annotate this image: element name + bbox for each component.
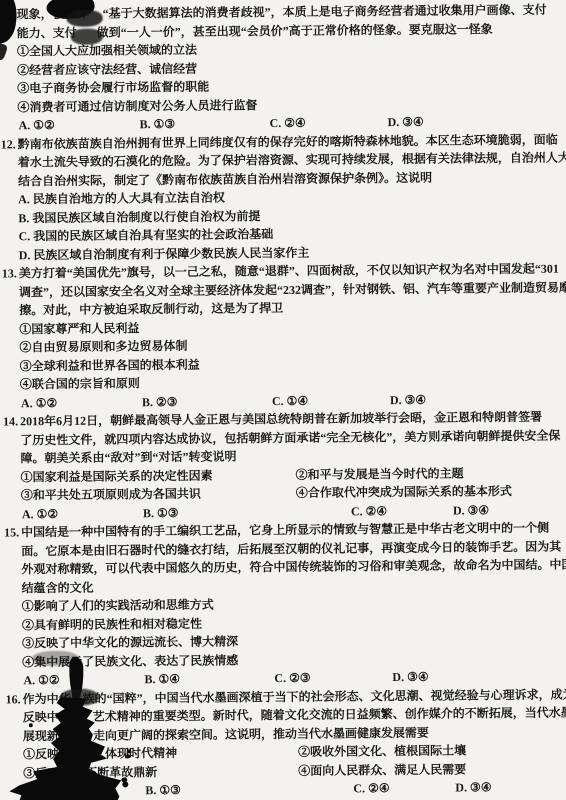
q16-choice-d: D. ③④ (455, 778, 491, 797)
q15-choice-b: B. ①④ (144, 670, 180, 689)
q13-choice-a: A. ①② (21, 393, 57, 412)
q13-choice-c: C. ①④ (272, 391, 308, 410)
q14-choice-a: A. ①② (22, 504, 58, 523)
ink-blot-bottom-left (3, 696, 144, 800)
q16-choice-b: B. ①③ (145, 781, 181, 800)
question-number: 12. (1, 135, 16, 154)
q15-choice-a: A. ①② (23, 671, 59, 690)
q16-option-2: ②吸收外国文化、植根国际土壤 (298, 741, 466, 761)
question-number: 15. (4, 523, 19, 542)
q11-choice-a: A. ①② (18, 116, 54, 135)
question-13: 13.美方打着“美国优先”旗号，以一己之私，随意“退群”、四面树敌，不仅以知识产… (0, 260, 566, 413)
q11-choice-c: C. ②④ (269, 114, 305, 133)
q16-choice-c: C. ②④ (353, 779, 389, 798)
q11-choice-b: B. ①③ (139, 115, 175, 134)
question-12: 12.黔南布依族苗族自治州拥有世界上同纬度仅有的保存完好的喀斯特森林地貌。本区生… (0, 130, 565, 264)
q13-choice-d: D. ③④ (390, 390, 426, 409)
question-number: 14. (3, 412, 18, 431)
q14-choice-b: B. ①③ (143, 503, 179, 522)
q11-choice-d: D. ③④ (387, 113, 423, 132)
scanned-exam-page: 现象，被业界“基于大数据算法的消费者歧视”，本质上是电子商务经营者通过收集用户画… (0, 0, 566, 800)
ink-smudge-line2 (71, 29, 103, 45)
question-15: 15.中国结是一种中国特有的手工编织工艺品，它身上所显示的情致与智慧正是中华古老… (1, 519, 566, 690)
q13-choice-b: B. ②③ (142, 392, 178, 411)
ink-smudge-line1 (67, 10, 103, 27)
q14-choice-c: C. ②④ (351, 502, 387, 521)
q14-choice-d: D. ③④ (453, 501, 489, 520)
q14-option-1: ①国家利益是国际关系的决定性因素 (21, 466, 213, 486)
q15-choice-d: D. ③④ (392, 668, 428, 687)
q15-choice-c: C. ②③ (274, 669, 310, 688)
q14-option-3: ③和平共处五项原则成为各国共识 (21, 485, 201, 505)
question-number: 13. (2, 264, 17, 283)
q14-option-2: ②和平与发展是当今时代的主题 (296, 464, 464, 484)
scan-content: 现象，被业界“基于大数据算法的消费者歧视”，本质上是电子商务经营者通过收集用户画… (0, 1, 566, 800)
q16-option-4: ④面向人民群众、满足人民需要 (298, 760, 466, 780)
q14-option-4: ④合作取代冲突成为国际关系的基本形式 (296, 482, 512, 502)
question-14: 14.2018年6月12日，朝鲜最高领导人金正恩与美国总统特朗普在新加坡举行会晤… (0, 408, 566, 524)
